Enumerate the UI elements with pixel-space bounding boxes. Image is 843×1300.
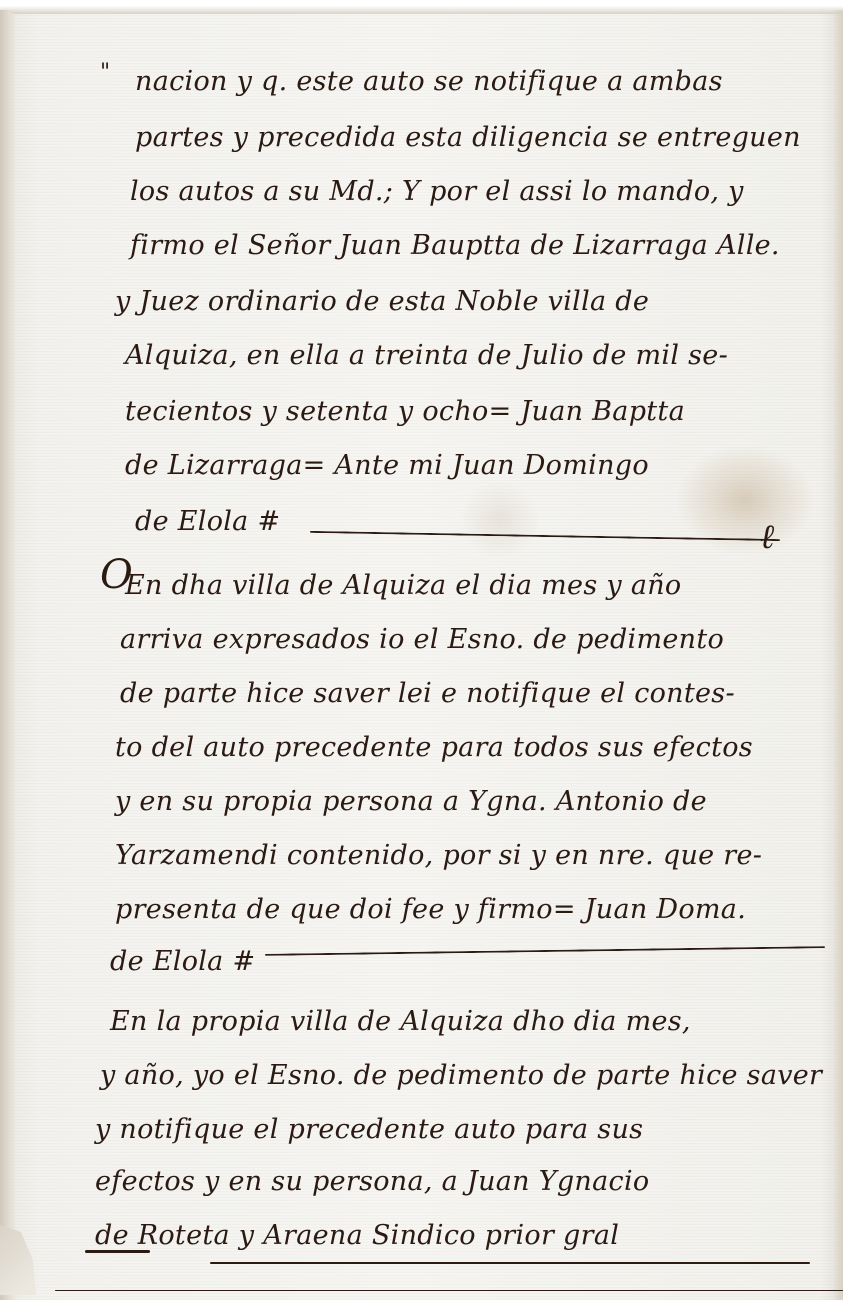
- text-line-9: de Elola #: [135, 508, 280, 535]
- text-line-13: to del auto precedente para todos sus ef…: [115, 734, 753, 761]
- section-rule-1: [310, 531, 780, 541]
- text-line-21: efectos y en su persona, a Juan Ygnacio: [95, 1168, 649, 1195]
- text-line-5: y Juez ordinario de esta Noble villa de: [115, 288, 649, 315]
- margin-mark: ": [100, 60, 110, 85]
- text-line-16: presenta de que doi fee y firmo= Juan Do…: [115, 896, 746, 923]
- page-bottom-rule: [55, 1290, 843, 1291]
- text-line-12: de parte hice saver lei e notifique el c…: [120, 680, 735, 707]
- section-rule-3: [210, 1262, 810, 1264]
- text-line-6: Alquiza, en ella a treinta de Julio de m…: [125, 342, 728, 369]
- text-line-14: y en su propia persona a Ygna. Antonio d…: [115, 788, 707, 815]
- rule-flourish: ℓ: [760, 520, 774, 554]
- text-line-8: de Lizarraga= Ante mi Juan Domingo: [125, 452, 649, 479]
- text-line-17: de Elola #: [110, 948, 255, 975]
- manuscript-text: " nacion y q. este auto se notifique a a…: [0, 0, 843, 1300]
- text-line-22: de Roteta y Araena Sindico prior gral: [95, 1222, 619, 1249]
- text-line-1: nacion y q. este auto se notifique a amb…: [135, 68, 723, 95]
- text-line-3: los autos a su Md.; Y por el assi lo man…: [130, 178, 744, 205]
- text-line-20: y notifique el precedente auto para sus: [95, 1116, 643, 1143]
- text-line-19: y año, yo el Esno. de pedimento de parte…: [100, 1062, 822, 1089]
- margin-stroke: [85, 1250, 150, 1253]
- text-line-10: En dha villa de Alquiza el dia mes y año: [125, 572, 681, 599]
- manuscript-page: " nacion y q. este auto se notifique a a…: [0, 0, 843, 1300]
- text-line-15: Yarzamendi contenido, por si y en nre. q…: [115, 842, 762, 869]
- text-line-7: tecientos y setenta y ocho= Juan Baptta: [125, 398, 685, 425]
- text-line-18: En la propia villa de Alquiza dho dia me…: [110, 1008, 691, 1035]
- text-line-11: arriva expresados io el Esno. de pedimen…: [120, 626, 724, 653]
- text-line-4: firmo el Señor Juan Bauptta de Lizarraga…: [130, 232, 780, 259]
- text-line-2: partes y precedida esta diligencia se en…: [135, 124, 801, 151]
- section-rule-2: [265, 946, 825, 956]
